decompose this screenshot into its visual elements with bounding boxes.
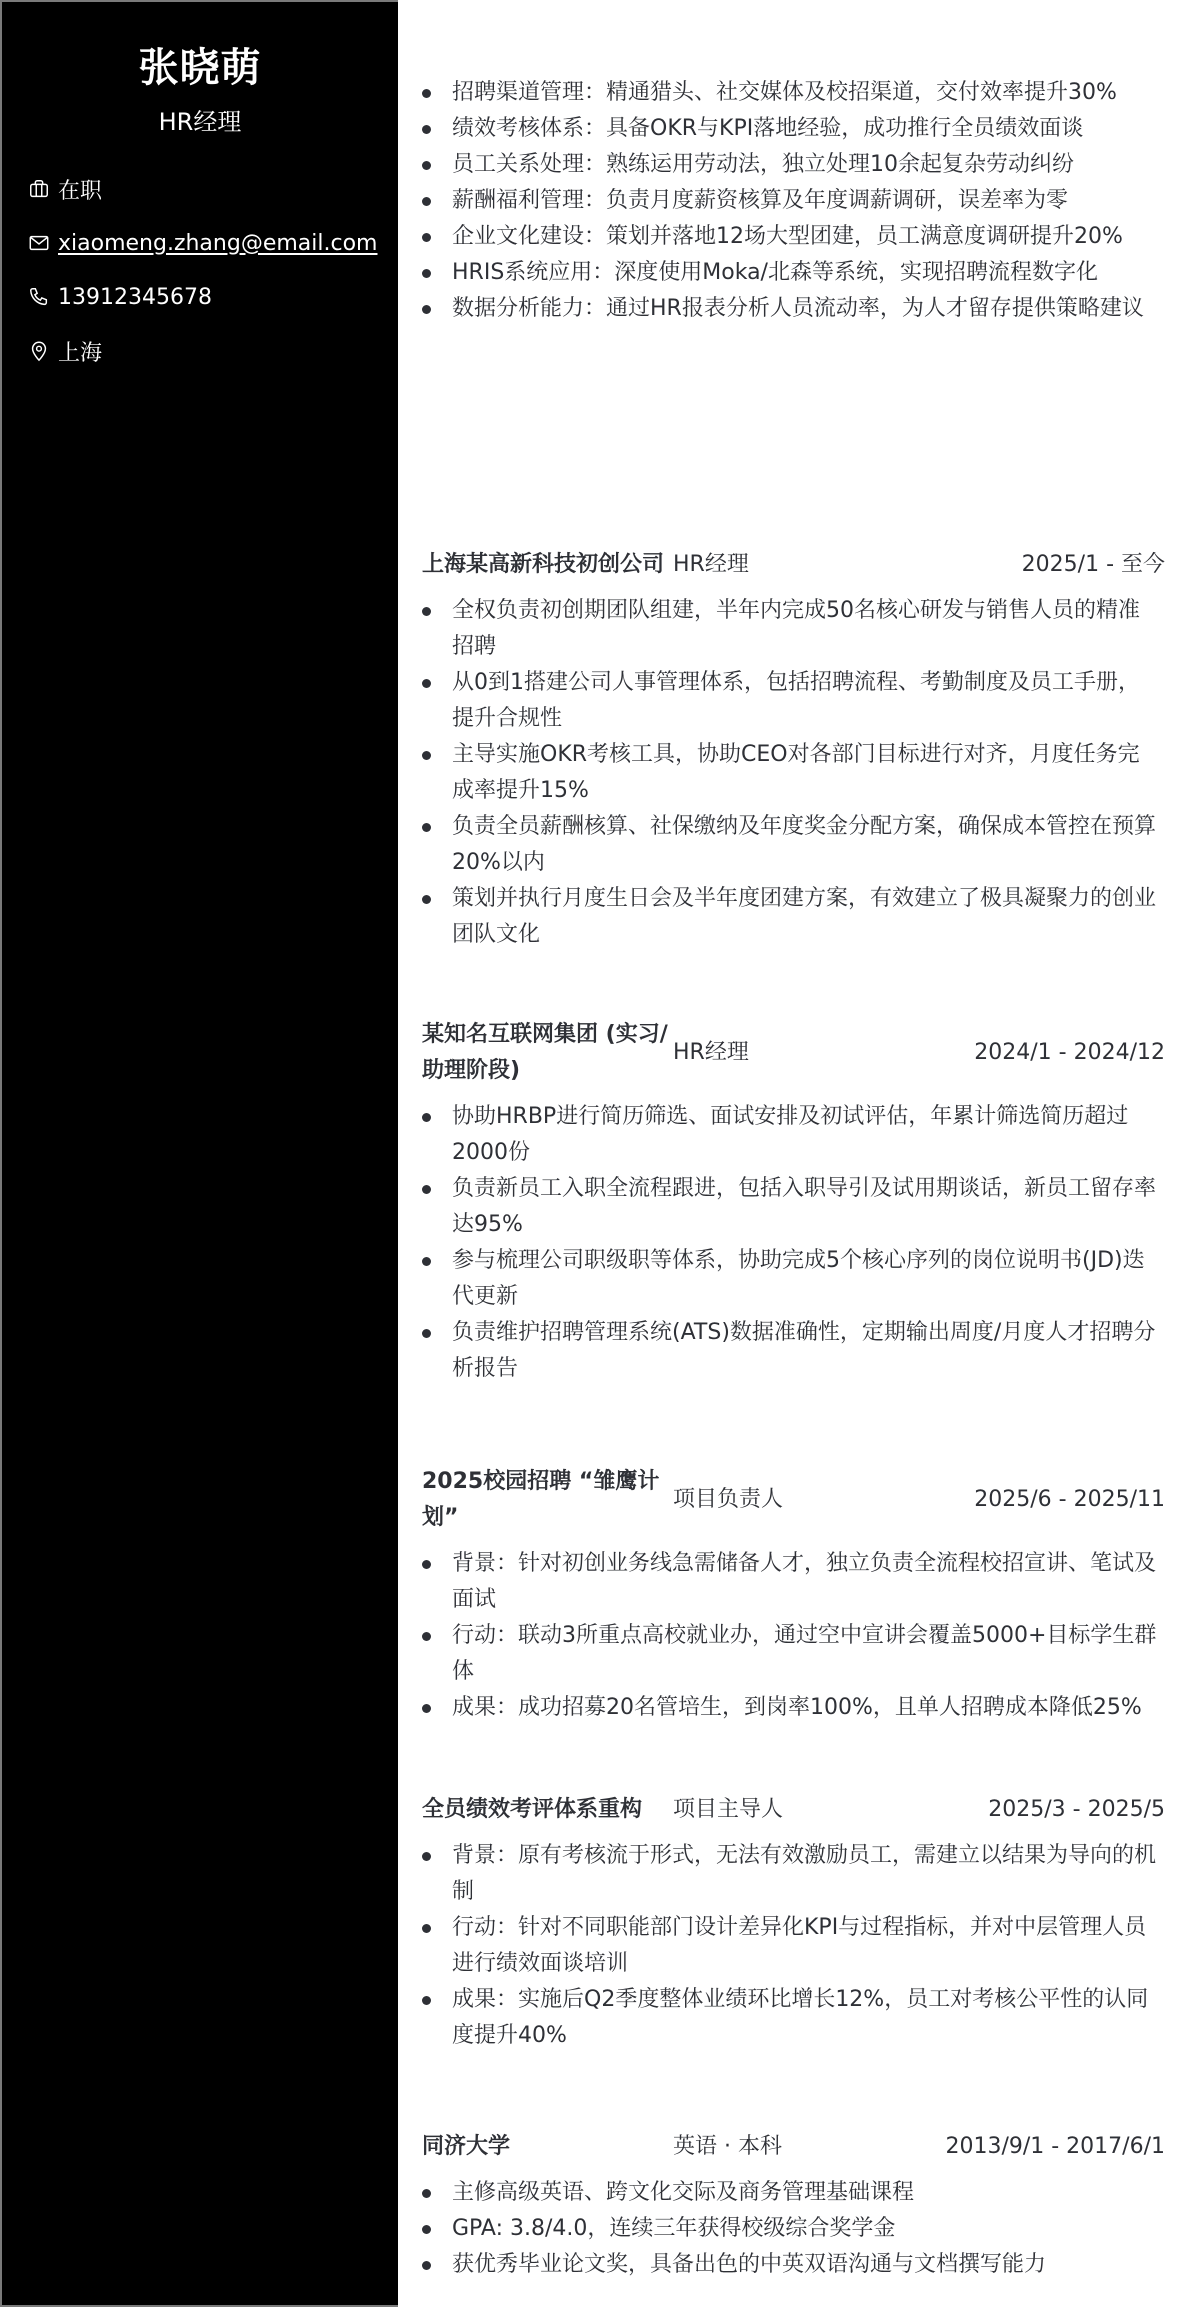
bullet-item: 全权负责初创期团队组建，半年内完成50名核心研发与销售人员的精准招聘 [398,593,1191,665]
job-role: HR经理 [673,547,1022,583]
skill-item: 数据分析能力：通过HR报表分析人员流动率，为人才留存提供策略建议 [398,291,1191,327]
contact-list: 在职 xiaomeng.zhang@email.com 13912345678 … [28,162,398,378]
experience-bullets: 全权负责初创期团队组建，半年内完成50名核心研发与销售人员的精准招聘 从0到1搭… [398,593,1191,953]
project-date: 2025/3 - 2025/5 [988,1792,1165,1828]
bullet-item: 从0到1搭建公司人事管理体系，包括招聘流程、考勤制度及员工手册，提升合规性 [398,665,1191,737]
bullet-item: 获优秀毕业论文奖，具备出色的中英双语沟通与文档撰写能力 [398,2247,1191,2283]
experience-bullets: 协助HRBP进行简历筛选、面试安排及初试评估，年累计筛选简历超过2000份 负责… [398,1099,1191,1387]
skills-list: 招聘渠道管理：精通猎头、社交媒体及校招渠道，交付效率提升30% 绩效考核体系：具… [398,75,1191,327]
project-date: 2025/6 - 2025/11 [974,1482,1165,1518]
bullet-item: 主导实施OKR考核工具，协助CEO对各部门目标进行对齐，月度任务完成率提升15% [398,737,1191,809]
job-role: HR经理 [673,1035,974,1071]
sidebar: 张晓萌 HR经理 在职 xiaomeng.zhang@email.com 139… [0,0,398,2307]
entry-header: 全员绩效考评体系重构 项目主导人 2025/3 - 2025/5 [398,1792,1191,1828]
contact-email: xiaomeng.zhang@email.com [28,216,398,270]
contact-status: 在职 [28,162,398,216]
project-bullets: 背景：原有考核流于形式，无法有效激励员工，需建立以结果为导向的机制 行动：针对不… [398,1838,1191,2054]
phone-icon [28,286,50,308]
education-bullets: 主修高级英语、跨文化交际及商务管理基础课程 GPA: 3.8/4.0，连续三年获… [398,2175,1191,2283]
skill-item: 绩效考核体系：具备OKR与KPI落地经验，成功推行全员绩效面谈 [398,111,1191,147]
education-entry: 同济大学 英语 · 本科 2013/9/1 - 2017/6/1 主修高级英语、… [398,2129,1191,2283]
contact-location: 上海 [28,324,398,378]
location-pin-icon [28,340,50,362]
bullet-item: 成果：实施后Q2季度整体业绩环比增长12%，员工对考核公平性的认同度提升40% [398,1982,1191,2054]
skill-item: 招聘渠道管理：精通猎头、社交媒体及校招渠道，交付效率提升30% [398,75,1191,111]
briefcase-icon [28,178,50,200]
project-role: 项目主导人 [673,1792,988,1828]
job-date: 2024/1 - 2024/12 [974,1035,1165,1071]
location-text: 上海 [58,336,102,367]
entry-header: 2025校园招聘 “雏鹰计划” 项目负责人 2025/6 - 2025/11 [398,1464,1191,1536]
skill-item: 员工关系处理：熟练运用劳动法，独立处理10余起复杂劳动纠纷 [398,147,1191,183]
email-link[interactable]: xiaomeng.zhang@email.com [58,231,377,256]
school-name: 同济大学 [422,2129,673,2165]
contact-phone: 13912345678 [28,270,398,324]
bullet-item: 负责全员薪酬核算、社保缴纳及年度奖金分配方案，确保成本管控在预算20%以内 [398,809,1191,881]
status-text: 在职 [58,174,102,205]
entry-header: 某知名互联网集团 (实习/助理阶段) HR经理 2024/1 - 2024/12 [398,1017,1191,1089]
skill-item: 薪酬福利管理：负责月度薪资核算及年度调薪调研，误差率为零 [398,183,1191,219]
project-entry: 全员绩效考评体系重构 项目主导人 2025/3 - 2025/5 背景：原有考核… [398,1792,1191,2054]
mail-icon [28,232,50,254]
skill-item: HRIS系统应用：深度使用Moka/北森等系统，实现招聘流程数字化 [398,255,1191,291]
project-role: 项目负责人 [673,1482,974,1518]
school-date: 2013/9/1 - 2017/6/1 [945,2129,1165,2165]
bullet-item: 负责新员工入职全流程跟进，包括入职导引及试用期谈话，新员工留存率达95% [398,1171,1191,1243]
skills-section: 招聘渠道管理：精通猎头、社交媒体及校招渠道，交付效率提升30% 绩效考核体系：具… [398,75,1191,327]
candidate-name: 张晓萌 [2,40,398,96]
project-bullets: 背景：针对初创业务线急需储备人才，独立负责全流程校招宣讲、笔试及面试 行动：联动… [398,1546,1191,1726]
school-major: 英语 · 本科 [673,2129,945,2165]
experience-entry: 上海某高新科技初创公司 HR经理 2025/1 - 至今 全权负责初创期团队组建… [398,547,1191,953]
entry-header: 上海某高新科技初创公司 HR经理 2025/1 - 至今 [398,547,1191,583]
company-name: 某知名互联网集团 (实习/助理阶段) [422,1017,673,1089]
candidate-title: HR经理 [2,106,398,138]
bullet-item: 行动：针对不同职能部门设计差异化KPI与过程指标，并对中层管理人员进行绩效面谈培… [398,1910,1191,1982]
bullet-item: 背景：针对初创业务线急需储备人才，独立负责全流程校招宣讲、笔试及面试 [398,1546,1191,1618]
bullet-item: 成果：成功招募20名管培生，到岗率100%，且单人招聘成本降低25% [398,1690,1191,1726]
project-entry: 2025校园招聘 “雏鹰计划” 项目负责人 2025/6 - 2025/11 背… [398,1464,1191,1726]
experience-entry: 某知名互联网集团 (实习/助理阶段) HR经理 2024/1 - 2024/12… [398,1017,1191,1387]
bullet-item: 行动：联动3所重点高校就业办，通过空中宣讲会覆盖5000+目标学生群体 [398,1618,1191,1690]
skill-item: 企业文化建设：策划并落地12场大型团建，员工满意度调研提升20% [398,219,1191,255]
main-content: 招聘渠道管理：精通猎头、社交媒体及校招渠道，交付效率提升30% 绩效考核体系：具… [398,0,1191,2307]
bullet-item: 背景：原有考核流于形式，无法有效激励员工，需建立以结果为导向的机制 [398,1838,1191,1910]
bullet-item: 参与梳理公司职级职等体系，协助完成5个核心序列的岗位说明书(JD)迭代更新 [398,1243,1191,1315]
entry-header: 同济大学 英语 · 本科 2013/9/1 - 2017/6/1 [398,2129,1191,2165]
project-name: 2025校园招聘 “雏鹰计划” [422,1464,673,1536]
job-date: 2025/1 - 至今 [1022,547,1165,583]
bullet-item: 策划并执行月度生日会及半年度团建方案，有效建立了极具凝聚力的创业团队文化 [398,881,1191,953]
bullet-item: 主修高级英语、跨文化交际及商务管理基础课程 [398,2175,1191,2211]
project-name: 全员绩效考评体系重构 [422,1792,673,1828]
phone-text: 13912345678 [58,285,212,310]
company-name: 上海某高新科技初创公司 [422,547,673,583]
bullet-item: GPA: 3.8/4.0，连续三年获得校级综合奖学金 [398,2211,1191,2247]
bullet-item: 负责维护招聘管理系统(ATS)数据准确性，定期输出周度/月度人才招聘分析报告 [398,1315,1191,1387]
bullet-item: 协助HRBP进行简历筛选、面试安排及初试评估，年累计筛选简历超过2000份 [398,1099,1191,1171]
